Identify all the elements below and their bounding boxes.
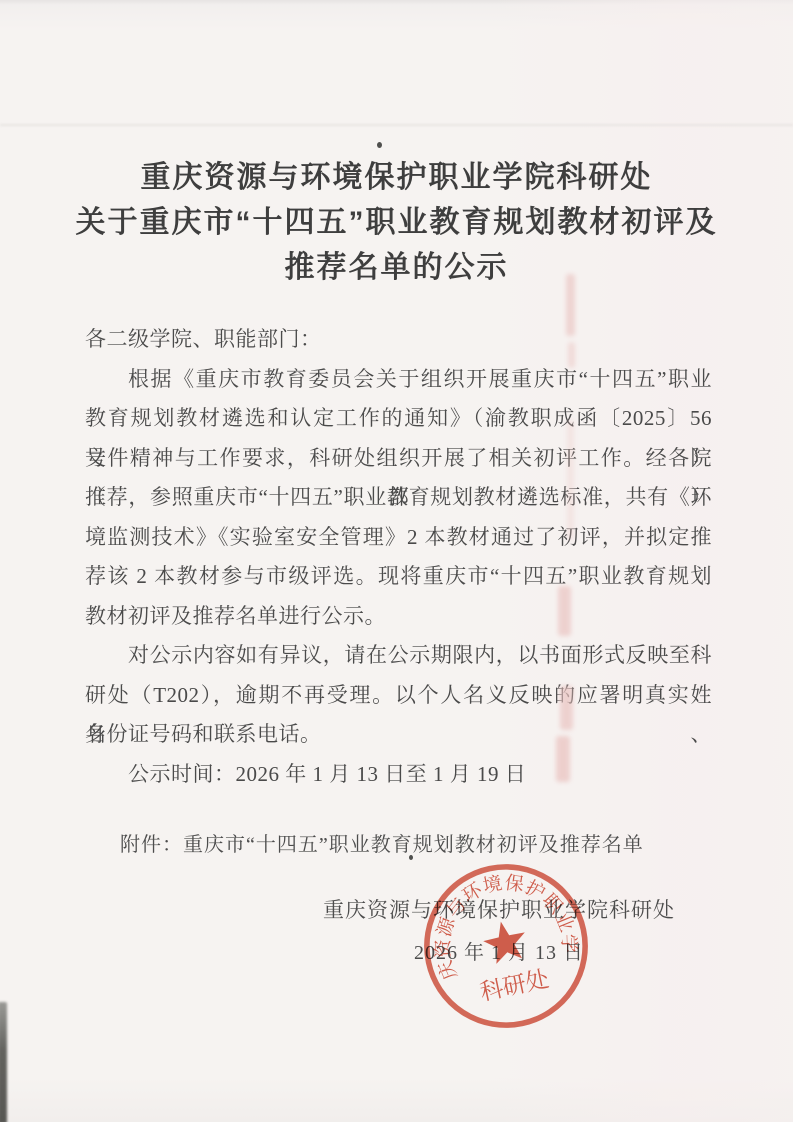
body-line: 文件精神与工作要求，科研处组织开展了相关初评工作。经各院（部） (85, 439, 712, 479)
ink-speck (377, 142, 382, 148)
scan-edge-streak (0, 1002, 7, 1122)
body-line: 教材初评及推荐名单进行公示。 (85, 597, 712, 637)
scan-artifact-band (0, 124, 793, 126)
bleed-through-mark (566, 274, 575, 336)
title-line-1: 重庆资源与环境保护职业学院科研处 (0, 155, 793, 200)
body-line: 荐该 2 本教材参与市级评选。现将重庆市“十四五”职业教育规划 (85, 557, 712, 597)
bleed-through-mark (560, 686, 573, 730)
seal-star-icon (480, 917, 530, 965)
body-line: 根据《重庆市教育委员会关于组织开展重庆市“十四五”职业 (85, 360, 712, 400)
document-title: 重庆资源与环境保护职业学院科研处 关于重庆市“十四五”职业教育规划教材初评及 推… (0, 155, 793, 290)
publicity-period-line: 公示时间：2026 年 1 月 13 日至 1 月 19 日 (85, 755, 712, 795)
bleed-through-mark (567, 420, 574, 540)
bleed-through-mark (556, 736, 570, 782)
document-body: 各二级学院、职能部门： 根据《重庆市教育委员会关于组织开展重庆市“十四五”职业 … (85, 320, 712, 794)
body-line: 境监测技术》《实验室安全管理》2 本教材通过了初评，并拟定推 (85, 518, 712, 558)
body-line: 推荐，参照重庆市“十四五”职业教育规划教材遴选标准，共有《环 (85, 478, 712, 518)
title-line-3: 推荐名单的公示 (0, 245, 793, 290)
scanned-document-page: 重庆资源与环境保护职业学院科研处 关于重庆市“十四五”职业教育规划教材初评及 推… (0, 0, 793, 1122)
body-line: 研处（T202），逾期不再受理。以个人名义反映的应署明真实姓名、 (85, 676, 712, 716)
official-seal: 重庆资源与环境保护职业学院 科研处 (404, 844, 608, 1048)
salutation: 各二级学院、职能部门： (85, 320, 712, 360)
title-line-2: 关于重庆市“十四五”职业教育规划教材初评及 (0, 200, 793, 245)
bleed-through-mark (558, 586, 571, 636)
ink-speck (409, 855, 413, 860)
bleed-through-mark (568, 342, 575, 368)
body-line: 对公示内容如有异议，请在公示期限内，以书面形式反映至科 (85, 636, 712, 676)
seal-center-text: 科研处 (478, 965, 552, 1005)
body-line: 教育规划教材遴选和认定工作的通知》（渝教职成函〔2025〕56 号） (85, 399, 712, 439)
